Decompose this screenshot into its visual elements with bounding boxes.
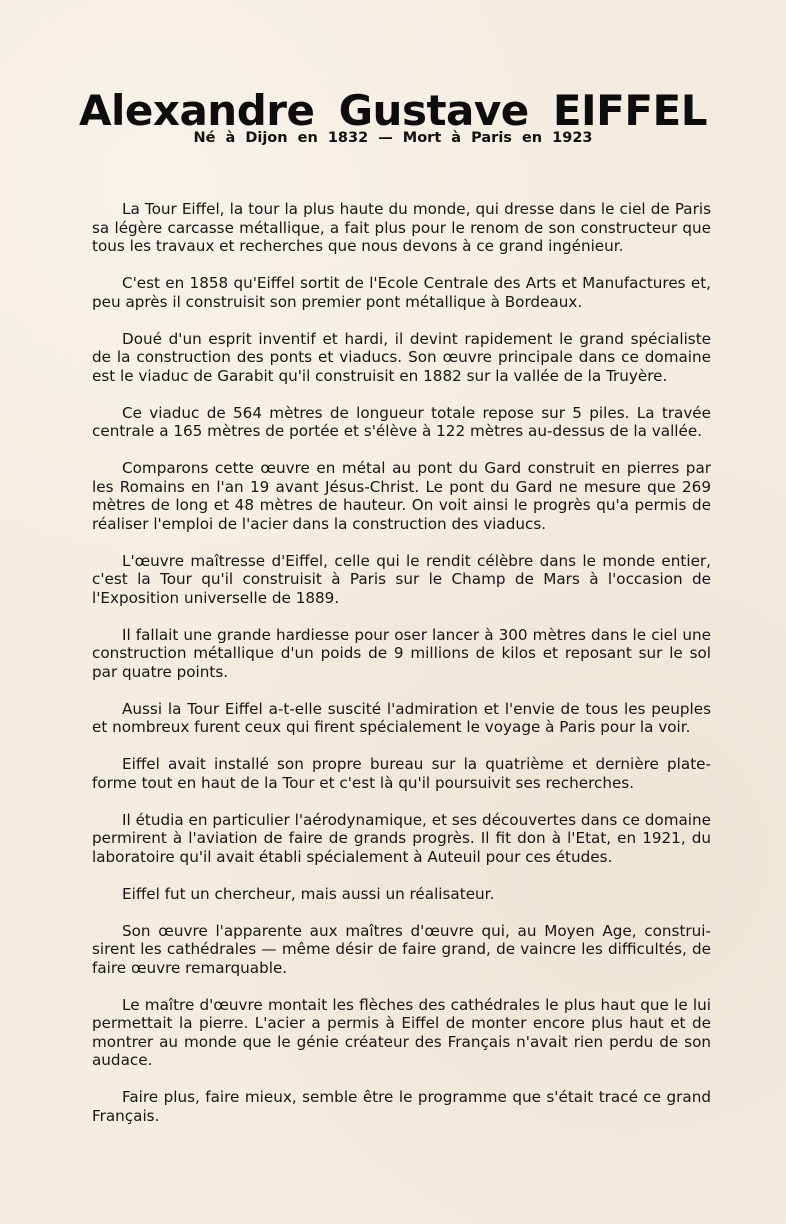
paragraph-7: Il fallait une grande hardiesse pour ose…	[92, 626, 711, 682]
document-page: Alexandre Gustave EIFFEL Né à Dijon en 1…	[0, 0, 786, 1224]
paragraph-1: La Tour Eiffel, la tour la plus haute du…	[92, 200, 711, 256]
paragraph-3: Doué d'un esprit inventif et hardi, il d…	[92, 330, 711, 386]
paragraph-6: L'œuvre maîtresse d'Eiffel, celle qui le…	[92, 552, 711, 608]
paragraph-8: Aussi la Tour Eiffel a-t-elle suscité l'…	[92, 700, 711, 737]
document-subtitle: Né à Dijon en 1832 — Mort à Paris en 192…	[0, 130, 786, 146]
paragraph-9: Eiffel avait installé son propre bureau …	[92, 755, 711, 792]
paragraph-2: C'est en 1858 qu'Eiffel sortit de l'Ecol…	[92, 274, 711, 311]
paragraph-14: Faire plus, faire mieux, semble être le …	[92, 1088, 711, 1125]
paragraph-5: Comparons cette œuvre en métal au pont d…	[92, 459, 711, 533]
paragraph-12: Son œuvre l'apparente aux maîtres d'œuvr…	[92, 922, 711, 978]
paragraph-13: Le maître d'œuvre montait les flèches de…	[92, 996, 711, 1070]
paragraph-11: Eiffel fut un chercheur, mais aussi un r…	[92, 885, 711, 904]
document-body: La Tour Eiffel, la tour la plus haute du…	[92, 200, 711, 1144]
document-title: Alexandre Gustave EIFFEL	[0, 90, 786, 132]
paragraph-4: Ce viaduc de 564 mètres de longueur tota…	[92, 404, 711, 441]
paragraph-10: Il étudia en particulier l'aérodynamique…	[92, 811, 711, 867]
